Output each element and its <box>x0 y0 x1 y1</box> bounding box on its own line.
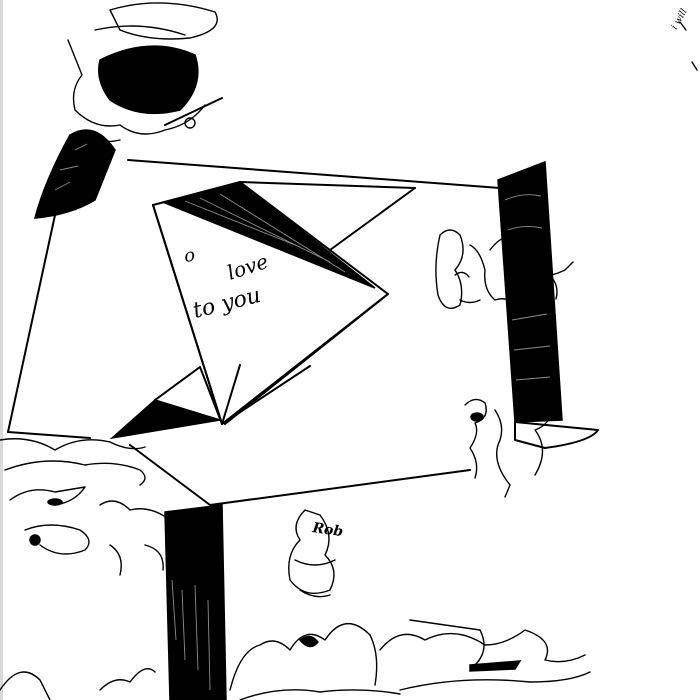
corner-scribble: i will <box>670 7 697 70</box>
corner-scribble-text: i will <box>670 7 690 31</box>
envelope: o love to you <box>112 182 415 438</box>
envelope-line-1: love <box>224 249 271 285</box>
bottom-figure-band <box>0 620 590 700</box>
left-face-cluster <box>0 439 190 575</box>
upper-figure-cluster <box>35 3 222 218</box>
envelope-line-2: to you <box>190 283 263 324</box>
center-figure: Rob <box>289 510 345 597</box>
ink-drawing-canvas: o love to you <box>0 0 700 700</box>
right-pillar <box>498 162 598 448</box>
envelope-mark: o <box>183 245 197 267</box>
lower-pillar <box>165 505 226 700</box>
figure-label: Rob <box>310 520 344 540</box>
